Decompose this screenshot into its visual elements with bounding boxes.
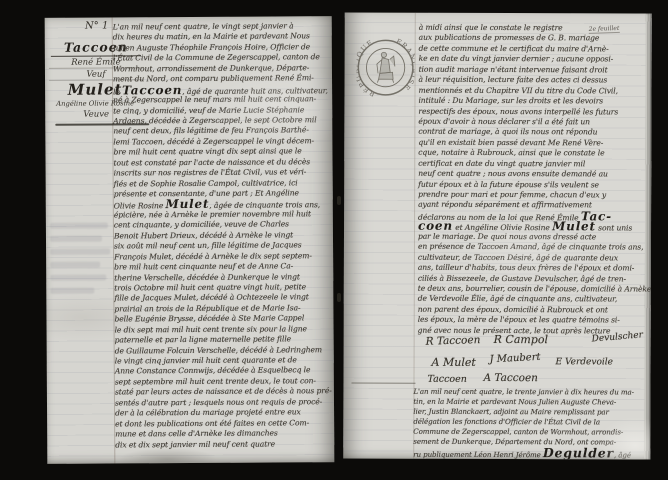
manuscript-line: cque, notaire à Rubrouck, ainsi que le c… [418,148,649,159]
manuscript-line: le dix sept mai mil huit cent trente six… [115,324,332,336]
manuscript-line: intitulé : Du Mariage, sur les droits et… [418,96,649,107]
ink-bleedthrough [50,275,106,281]
manuscript-line: non parent des époux, domicilié à Rubrou… [418,305,649,316]
manuscript-line: futur époux et à la future épouse s'ils … [418,179,649,190]
margin-separator-line [351,382,415,383]
signature: J Maubert [489,352,540,365]
manuscript-line: cultivateur, de Taccoen Désiré, âgé de q… [418,252,649,263]
manuscript-line: qu'il en existait bien passé devant Me R… [418,138,649,149]
act-1-body-left: L'an mil neuf cent quatre, le vingt sept… [113,21,333,450]
ink-bleedthrough [50,222,108,228]
manuscript-line: à midi ainsi que le constate le registre [419,23,650,34]
act-1-body-right: à midi ainsi que le constate le registre… [418,23,650,337]
signature: R Taccoen [425,334,480,348]
signature: A Mulet [432,356,476,369]
manuscript-line: ciliés à Bissezeele, de Gustave Devulsch… [418,273,649,284]
stamp-figure-icon [377,52,395,83]
signatures-block: R Taccoen R Campol Devulscher A Mulet J … [345,12,652,13]
manuscript-line: ayant répondu séparément et affirmativem… [418,200,649,211]
signature: A Taccoen [483,372,537,384]
manuscript-line: coen et Angéline Olivie Rosine Mulet son… [418,221,649,232]
binding-stitch [337,196,341,205]
manuscript-line: par le mariage. De quoi nous avons dress… [418,231,649,242]
manuscript-line: contrat de mariage, à quoi ils nous ont … [418,127,649,138]
manuscript-line: certificat en date du vingt quatre janvi… [418,158,649,169]
signature: E Verdevoile [556,357,613,367]
manuscript-line: tion audit mariage n'étant intervenue fa… [419,64,650,75]
manuscript-line: époux d'avoir à nous déclarer s'il a été… [418,117,649,128]
manuscript-line: de Verdevoile Élie, âgé de cinquante ans… [418,294,649,305]
manuscript-line: prendre pour mari et pour femme, chacun … [418,190,649,201]
ink-bleedthrough [50,262,100,268]
emphasised-name: Degulder [543,445,614,460]
signature: Taccoen [427,374,466,385]
right-page: RÉPUBLIQUE FRANÇAISE 2e feuillet à midi … [343,12,652,459]
manuscript-line: à leur réquisition, lecture faite des ac… [419,75,650,86]
signature: R Campol [494,333,548,346]
left-page: N° 1 Taccoen René Émile Veuf Mulet Angél… [45,16,335,464]
ink-bleedthrough [50,248,110,254]
manuscript-line: ru publiquement Léon Henri Jérôme Deguld… [413,447,649,458]
manuscript-line: les époux, la mère de l'époux et les qua… [418,315,649,326]
manuscript-line: respectifs des époux, nous avons interpe… [418,106,649,117]
act-2-body: L'an mil neuf cent quatre, le trente jan… [413,387,649,458]
manuscript-line: François Mulet, décédé à Arnèke le dix s… [114,251,331,263]
manuscript-line: ans, tailleur d'habits, tous deux frères… [418,263,649,274]
ink-bleedthrough [50,236,102,242]
manuscript-line: et dont les publications ont été faites … [115,418,332,430]
manuscript-line: dix et dix sept janvier mil neuf cent qu… [115,439,332,451]
manuscript-line: en présence de Taccoen Amand, âgé de cin… [418,242,649,253]
manuscript-line: de cette commune et le certificat du mai… [419,44,650,55]
binding-stitch [337,293,341,302]
manuscript-line: neuf cent quatre ; nous avons ensuite de… [418,169,649,180]
margin-column: N° 1 Taccoen René Émile Veuf Mulet Angél… [45,16,332,18]
manuscript-line: épicière, née à Arnèke le premier novemb… [114,209,331,221]
manuscript-line: mentionnés et du Chapitre VII du titre d… [418,85,649,96]
republique-francaise-stamp: RÉPUBLIQUE FRANÇAISE [356,39,414,97]
ink-bleedthrough [50,288,94,294]
manuscript-line: ke en date du vingt janvier dernier ; au… [419,54,650,65]
manuscript-line: inscrits sur nos registres de l'État Civ… [114,167,331,179]
manuscript-line: de Guillaume Folcuin Verschelle, décédé … [115,345,332,357]
manuscript-line: aux publications de promesses de G. B. m… [419,33,650,44]
